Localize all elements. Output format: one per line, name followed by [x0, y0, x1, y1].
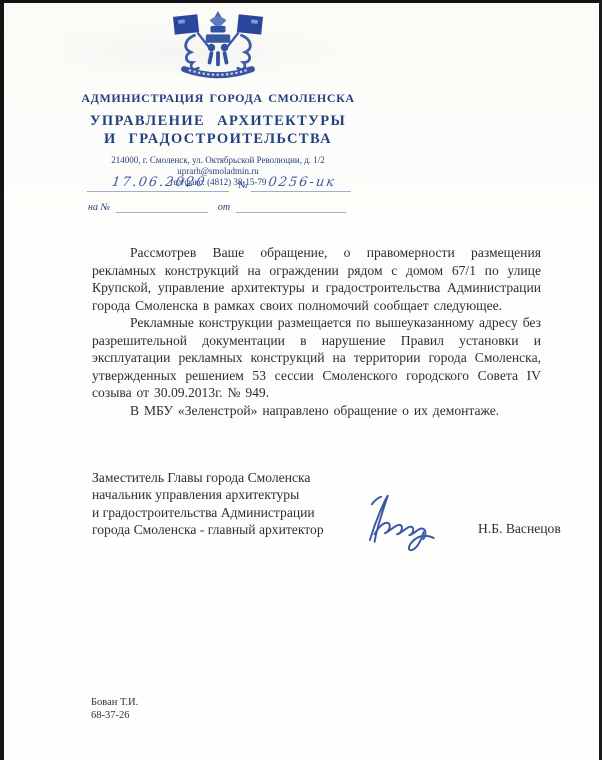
blank-line — [236, 201, 346, 213]
executor-phone: 68-37-26 — [91, 709, 138, 722]
letterhead: АДМИНИСТРАЦИЯ ГОРОДА СМОЛЕНСКА УПРАВЛЕНИ… — [4, 8, 432, 188]
blank-line — [116, 201, 208, 213]
smolensk-coat-of-arms-icon — [166, 8, 270, 87]
reference-block: 17.06.2020 № 0256-ик на № от — [88, 175, 358, 213]
executor-footer: Бован Т.И. 68-37-26 — [91, 696, 138, 722]
signer-title-line: Заместитель Главы города Смоленска — [92, 469, 324, 486]
department-name-line2: И ГРАДОСТРОИТЕЛЬСТВА — [4, 131, 432, 148]
executor-name: Бован Т.И. — [91, 696, 138, 709]
number-sign-label: № — [238, 180, 248, 191]
incoming-number-label: на № — [88, 202, 110, 213]
body-paragraph-1: Рассмотрев Ваше обращение, о правомернос… — [92, 244, 541, 314]
scanned-letter-page: АДМИНИСТРАЦИЯ ГОРОДА СМОЛЕНСКА УПРАВЛЕНИ… — [0, 0, 602, 760]
body-paragraph-2: Рекламные конструкции размещается по выш… — [92, 314, 541, 402]
signer-title-line: города Смоленска - главный архитектор — [92, 521, 324, 538]
signer-title-line: и градостроительства Администрации — [92, 504, 324, 521]
handwritten-outgoing-number: 0256-ик — [250, 175, 352, 192]
body-paragraph-3: В МБУ «Зеленстрой» направлено обращение … — [92, 402, 541, 420]
handwritten-date: 17.06.2020 — [87, 175, 231, 192]
department-name-line1: УПРАВЛЕНИЕ АРХИТЕКТУРЫ — [4, 113, 432, 130]
signer-name: Н.Б. Васнецов — [478, 521, 561, 537]
incoming-date-label: от — [218, 202, 230, 213]
signer-titles: Заместитель Главы города Смоленска начал… — [92, 469, 324, 538]
signer-title-line: начальник управления архитектуры — [92, 486, 324, 503]
postal-address: 214000, г. Смоленск, ул. Октябрьской Рев… — [4, 155, 432, 166]
letter-body: Рассмотрев Ваше обращение, о правомернос… — [92, 244, 541, 419]
outgoing-reference-row: 17.06.2020 № 0256-ик — [88, 175, 358, 192]
incoming-reference-row: на № от — [88, 201, 358, 213]
organization-name: АДМИНИСТРАЦИЯ ГОРОДА СМОЛЕНСКА — [4, 91, 432, 106]
handwritten-signature-icon — [362, 493, 466, 553]
